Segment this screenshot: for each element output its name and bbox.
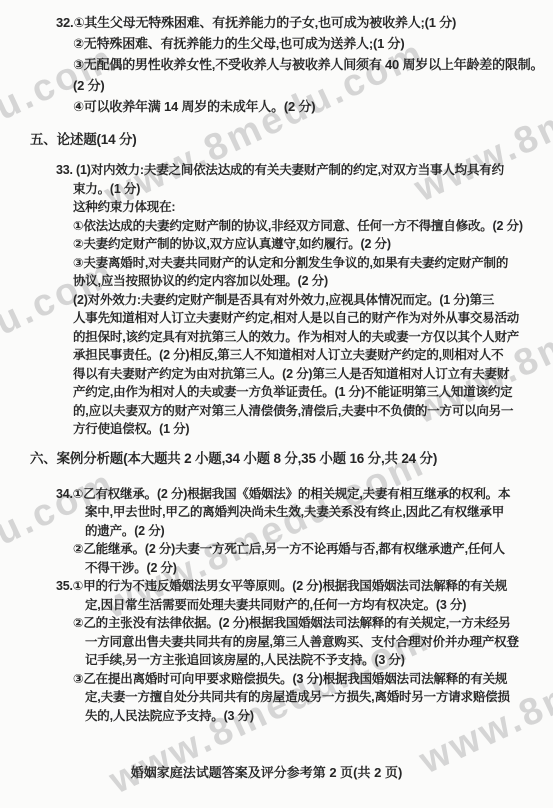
text-line: ②夫妻约定财产制的协议,双方应认真遵守,如约履行。(2 分) — [0, 235, 553, 254]
question-35-answer: 35.①甲的行为不违反婚姻法男女平等原则。(2 分)根据我国婚姻法司法解释的有关… — [0, 577, 553, 725]
page-footer: 婚姻家庭法试题答案及评分参考第 2 页(共 2 页) — [0, 762, 533, 781]
text-line: 的担保时,该约定具有对抗第三人的效力。作为相对人的夫或妻一方仅以其个人财产 — [0, 328, 553, 347]
text-line: 失的,人民法院应予支持。(3 分) — [0, 707, 553, 726]
section-header: 六、案例分析题(本大题共 2 小题,34 小题 8 分,35 小题 16 分,共… — [0, 449, 553, 468]
text-line: 定,因日常生活需要而处理夫妻共同财产的,任何一方均有权决定。(3 分) — [0, 596, 553, 615]
text-line: ②乙的主张没有法律依据。(2 分)根据我国婚姻法司法解释的有关规定,一方未经另 — [0, 614, 553, 633]
text-line: 这种约束力体现在: — [0, 198, 553, 217]
text-line: 34.①乙有权继承。(2 分)根据我国《婚姻法》的相关规定,夫妻有相互继承的权利… — [0, 485, 553, 504]
text-line: ③夫妻离婚时,对夫妻共同财产的认定和分割发生争议的,如果有夫妻约定财产制的 — [0, 254, 553, 273]
text-line: ②乙能继承。(2 分)夫妻一方死亡后,另一方不论再婚与否,都有权继承遗产,任何人 — [0, 540, 553, 559]
text-line: (2)对外效力:夫妻约定财产制是否具有对外效力,应视具体情况而定。(1 分)第三 — [0, 291, 553, 310]
text-line: 案中,甲去世时,甲乙的离婚判决尚未生效,夫妻关系没有终止,因此乙有权继承甲 — [0, 503, 553, 522]
text-line: 方行使追偿权。(1 分) — [0, 420, 553, 439]
text-line: 人事先知道相对人订立夫妻财产约定,相对人是以自己的财产作为对外从事交易活动 — [0, 309, 553, 328]
text-line: ③乙在提出离婚时可向甲要求赔偿损失。(3 分)根据我国婚姻法司法解释的有关规 — [0, 670, 553, 689]
section-header: 五、论述题(14 分) — [0, 130, 553, 149]
text-line: 定,夫妻一方擅自处分共同共有的房屋造成另一方损失,离婚时另一方请求赔偿损 — [0, 688, 553, 707]
text-line: ③无配偶的男性收养女性,不受收养人与被收养人间须有 40 周岁以上年龄差的限制。 — [0, 54, 553, 75]
text-line: 的遗产。(2 分) — [0, 522, 553, 541]
text-line: 的,应以夫妻双方的财产对第三人清偿债务,清偿后,夫妻中不负债的一方可以向另一 — [0, 402, 553, 421]
text-line: 束力。(1 分) — [0, 180, 553, 199]
text-line: ④可以收养年满 14 周岁的未成年人。(2 分) — [0, 96, 553, 117]
section-5-header: 五、论述题(14 分) — [0, 130, 553, 149]
question-32-answer: 32.①其生父母无特殊困难、有抚养能力的子女,也可成为被收养人;(1 分)②无特… — [0, 12, 553, 117]
text-line: 协议,应当按照协议的约定内容加以处理。(2 分) — [0, 272, 553, 291]
text-line: 35.①甲的行为不违反婚姻法男女平等原则。(2 分)根据我国婚姻法司法解释的有关… — [0, 577, 553, 596]
text-line: 产约定,由作为相对人的夫或妻一方负举证责任。(1 分)不能证明第三人知道该约定 — [0, 383, 553, 402]
text-line: (2 分) — [0, 75, 553, 96]
text-line: ②无特殊困难、有抚养能力的生父母,也可成为送养人;(1 分) — [0, 33, 553, 54]
text-line: 记手续,另一方主张追回该房屋的,人民法院不予支持。(3 分) — [0, 651, 553, 670]
question-33-answer: 33. (1)对内效力:夫妻之间依法达成的有关夫妻财产制的约定,对双方当事人均具… — [0, 161, 553, 439]
text-line: 得以有夫妻财产约定为由对抗第三人。(2 分)第三人是否知道相对人订立有夫妻财 — [0, 365, 553, 384]
text-line: ①依法达成的夫妻约定财产制的协议,非经双方同意、任何一方不得擅自修改。(2 分) — [0, 217, 553, 236]
document-page: www.8medu.com www.8medu.com www.8medu.co… — [0, 0, 553, 808]
text-line: 不得干涉。(2 分) — [0, 559, 553, 578]
text-line: 一方同意出售夫妻共同共有的房屋,第三人善意购买、支付合理对价并办理产权登 — [0, 633, 553, 652]
question-34-answer: 34.①乙有权继承。(2 分)根据我国《婚姻法》的相关规定,夫妻有相互继承的权利… — [0, 485, 553, 578]
text-line: 32.①其生父母无特殊困难、有抚养能力的子女,也可成为被收养人;(1 分) — [0, 12, 553, 33]
section-6-header: 六、案例分析题(本大题共 2 小题,34 小题 8 分,35 小题 16 分,共… — [0, 449, 553, 468]
text-line: 33. (1)对内效力:夫妻之间依法达成的有关夫妻财产制的约定,对双方当事人均具… — [0, 161, 553, 180]
text-line: 承担民事责任。(2 分)相反,第三人不知道相对人订立夫妻财产约定的,则相对人不 — [0, 346, 553, 365]
document-body: 32.①其生父母无特殊困难、有抚养能力的子女,也可成为被收养人;(1 分)②无特… — [0, 0, 553, 725]
